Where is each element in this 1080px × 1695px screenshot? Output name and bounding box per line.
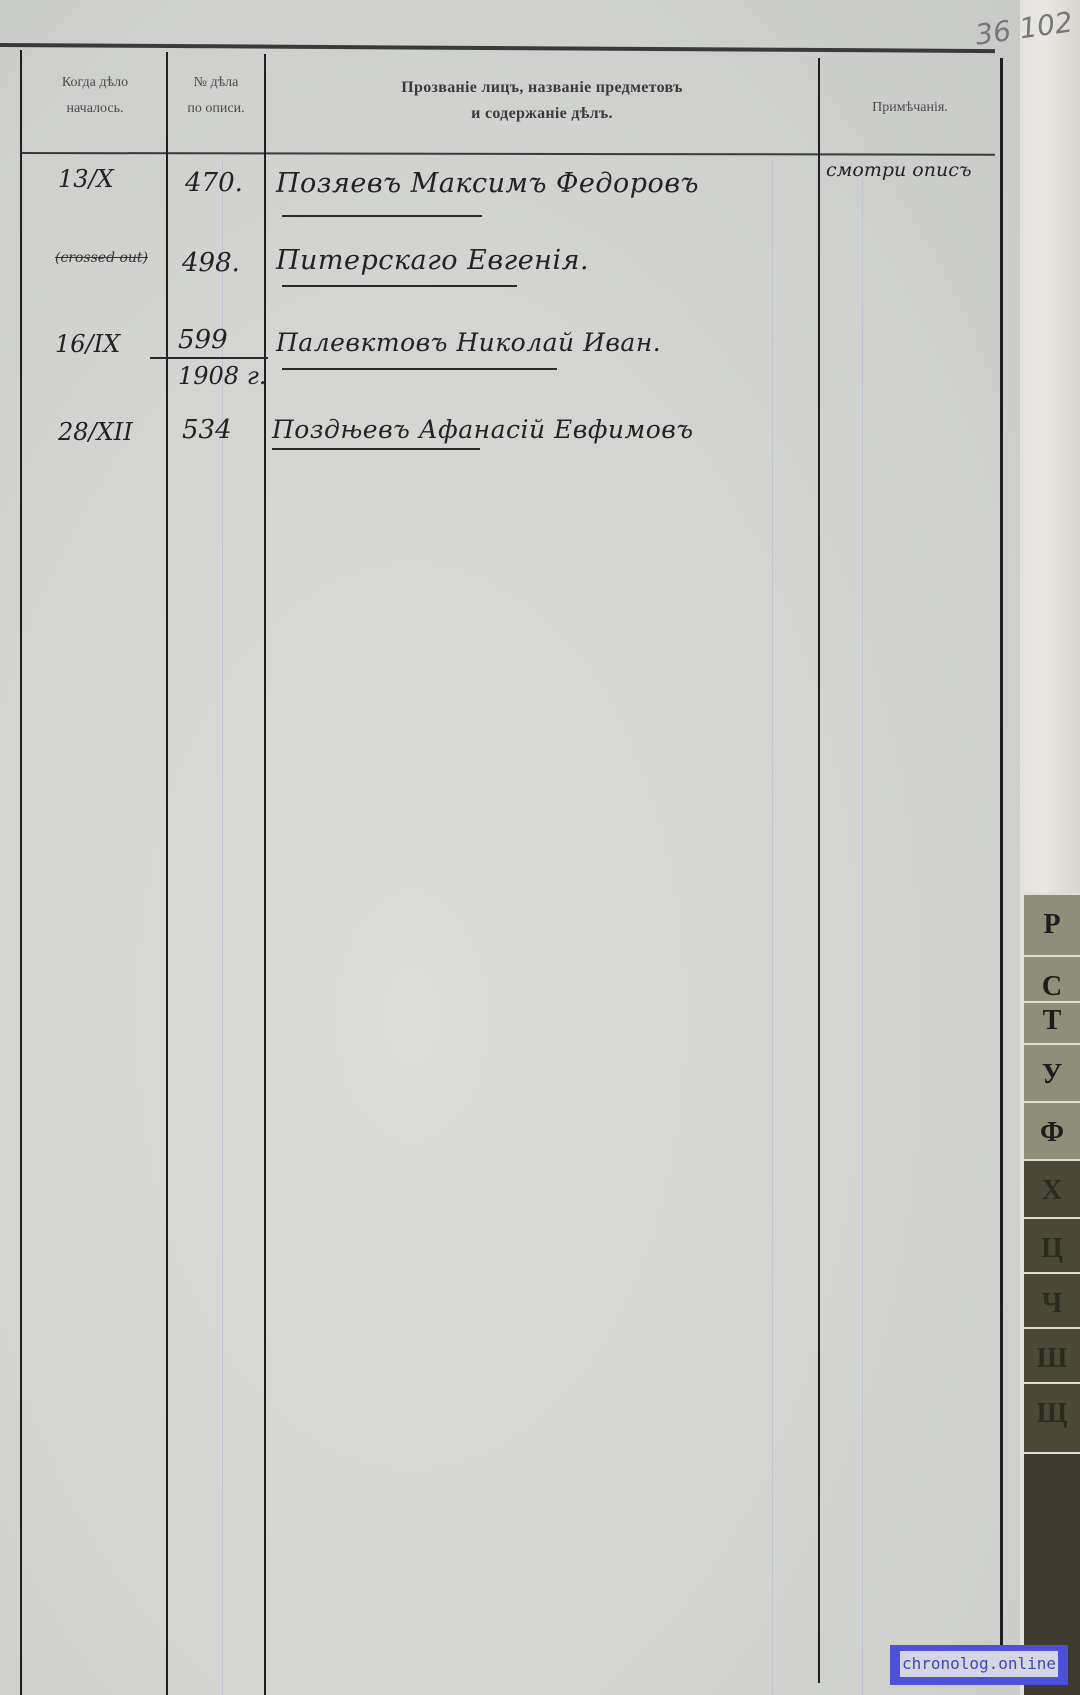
index-tab[interactable]: Щ [1024, 1382, 1080, 1452]
ledger-page: 36 102 Когда дѣло началось. № дѣла по оп… [0, 0, 1080, 1695]
header-date-started: Когда дѣло началось. [24, 70, 166, 122]
blue-rule [222, 160, 223, 1695]
index-tab[interactable]: Ц [1024, 1217, 1080, 1272]
row3-subject: Палевктовъ Николай Иван. [276, 328, 661, 357]
row1-subject: Позяевъ Максимъ Федоровъ [276, 168, 699, 199]
header-line: Примѣчанiя. [820, 95, 1000, 121]
header-line: Прозванiе лицъ, названiе предметовъ [266, 75, 818, 101]
index-tab[interactable]: Р [1024, 893, 1080, 955]
row3-date: 16/IX [55, 330, 120, 358]
alphabet-index-tabs: Р С Т У Ф Х Ц Ч Ш Щ [1024, 893, 1080, 1695]
watermark-badge: chronolog.online [890, 1645, 1068, 1685]
column-line-date [166, 52, 168, 1695]
watermark-text: chronolog.online [900, 1651, 1058, 1677]
index-tab[interactable]: Ч [1024, 1272, 1080, 1327]
column-line-case [264, 54, 266, 1695]
surname-underline [282, 285, 517, 287]
row4-date: 28/XII [58, 418, 133, 446]
index-tab[interactable]: Т [1024, 1001, 1080, 1043]
row2-case-number: 498. [182, 248, 240, 278]
column-line-right [1000, 58, 1003, 1683]
fraction-line [150, 357, 268, 359]
surname-underline [282, 215, 482, 217]
blue-rule [772, 160, 773, 1695]
blue-rule [862, 160, 863, 1695]
header-case-number: № дѣла по описи. [168, 70, 264, 122]
header-subject: Прозванiе лицъ, названiе предметовъ и со… [266, 75, 818, 127]
header-line: началось. [24, 96, 166, 122]
row4-case-number: 534 [182, 415, 232, 445]
header-line: по описи. [168, 96, 264, 122]
row3-case-number: 599 [178, 325, 228, 355]
row1-case-number: 470. [185, 168, 243, 198]
row2-subject: Питерскаго Евгенiя. [276, 245, 589, 276]
header-notes: Примѣчанiя. [820, 95, 1000, 121]
row2-date-crossed-out: (crossed out) [55, 250, 148, 266]
header-line: и содержанiе дѣлъ. [266, 101, 818, 127]
index-tab[interactable]: Ш [1024, 1327, 1080, 1382]
index-tab[interactable]: У [1024, 1043, 1080, 1101]
row1-date: 13/X [58, 165, 114, 193]
surname-underline [282, 368, 557, 370]
index-tab[interactable]: Ф [1024, 1101, 1080, 1159]
header-line: Когда дѣло [24, 70, 166, 96]
column-line-left [20, 50, 22, 1695]
row1-note: смотри описъ [826, 160, 976, 180]
column-line-subject [818, 58, 820, 1683]
index-tab[interactable]: Х [1024, 1159, 1080, 1217]
row4-subject: Поздњевъ Афанасiй Евфимовъ [272, 415, 694, 444]
header-line: № дѣла [168, 70, 264, 96]
surname-underline [272, 448, 480, 450]
row3-case-year: 1908 г. [178, 362, 266, 390]
